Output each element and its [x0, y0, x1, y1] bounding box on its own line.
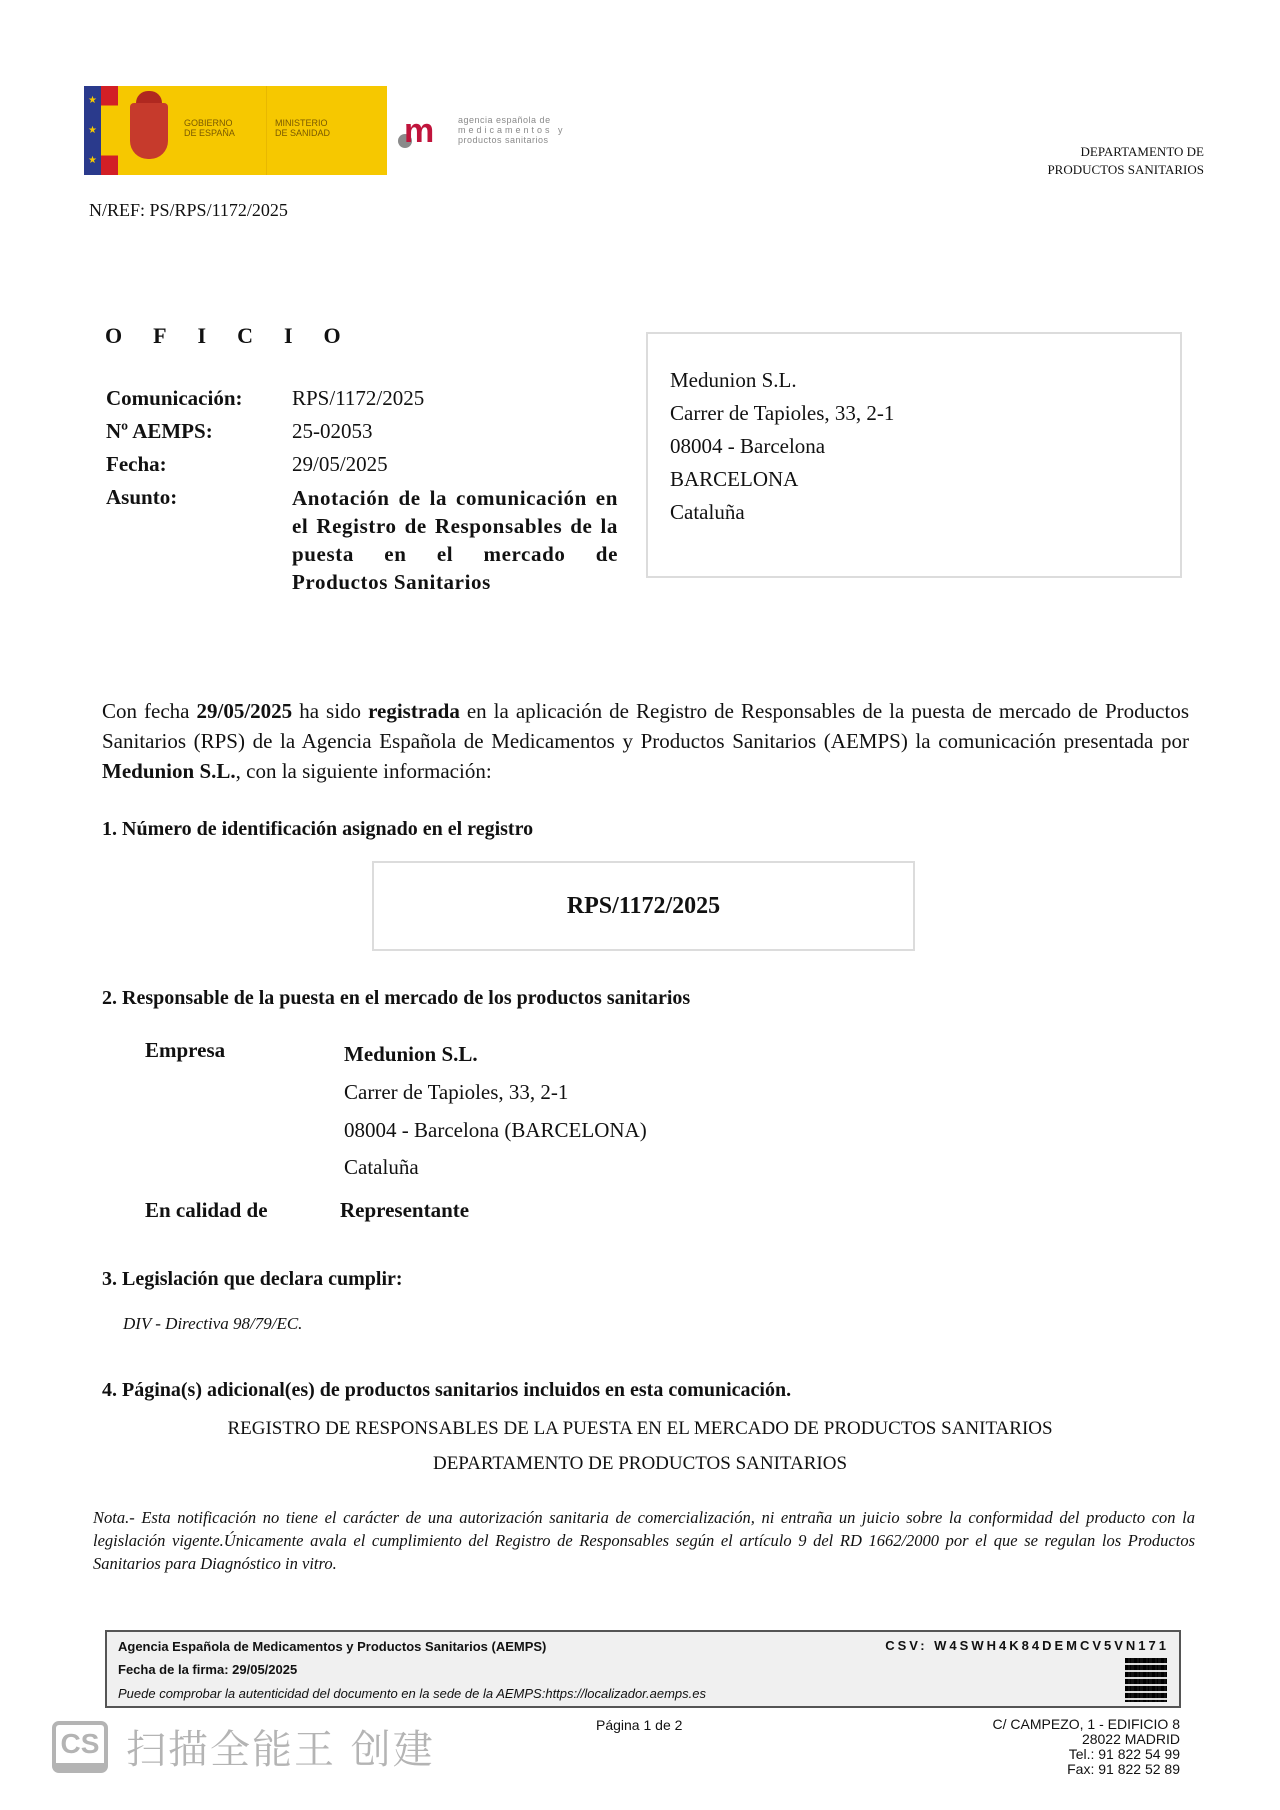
star-icon: ★ [88, 125, 97, 136]
role-label: En calidad de [145, 1198, 268, 1223]
intro-registered: registrada [368, 699, 460, 723]
star-icon: ★ [88, 95, 97, 106]
company-address-line3: Cataluña [344, 1155, 419, 1180]
intro-date: 29/05/2025 [197, 699, 293, 723]
legislation-value: DIV - Directiva 98/79/EC. [123, 1314, 302, 1334]
gobierno-de-espana-logo: ★ ★ ★ GOBIERNO DE ESPAÑA MINISTERIO DE S… [84, 86, 387, 175]
footer-address-line2: 28022 MADRID [993, 1732, 1180, 1747]
legal-note: Nota.- Esta notificación no tiene el car… [93, 1506, 1195, 1575]
company-address-line2: 08004 - Barcelona (BARCELONA) [344, 1118, 647, 1143]
section-4-title: 4. Página(s) adicional(es) de productos … [102, 1379, 791, 1402]
footer-fax: Fax: 91 822 52 89 [993, 1762, 1180, 1777]
recipient-street: Carrer de Tapioles, 33, 2-1 [670, 397, 1158, 430]
aemps-logo-text: agencia española de medicamentos y produ… [458, 115, 566, 145]
electronic-signature-box: Agencia Española de Medicamentos y Produ… [105, 1630, 1181, 1708]
communication-details: Comunicación: RPS/1172/2025 Nº AEMPS: 25… [106, 382, 618, 596]
intro-text: ha sido [292, 699, 368, 723]
datamatrix-code-icon [1125, 1658, 1167, 1702]
aemps-m: m [404, 116, 432, 146]
footer-phone: Tel.: 91 822 54 99 [993, 1747, 1180, 1762]
camscanner-logo-icon: CS [52, 1721, 108, 1773]
section-2-title: 2. Responsable de la puesta en el mercad… [102, 987, 690, 1010]
section-3-title: 3. Legislación que declara cumplir: [102, 1268, 403, 1291]
company-address-line1: Carrer de Tapioles, 33, 2-1 [344, 1080, 568, 1105]
agency-address-footer: C/ CAMPEZO, 1 - EDIFICIO 8 28022 MADRID … [993, 1717, 1180, 1777]
intro-text: Con fecha [102, 699, 197, 723]
footer-address-line1: C/ CAMPEZO, 1 - EDIFICIO 8 [993, 1717, 1180, 1732]
field-aemps-number: Nº AEMPS: 25-02053 [106, 415, 618, 448]
intro-company: Medunion S.L. [102, 759, 236, 783]
field-label: Fecha: [106, 448, 292, 481]
recipient-city: 08004 - Barcelona [670, 430, 1158, 463]
section-1-title: 1. Número de identificación asignado en … [102, 818, 533, 841]
aemps-line1: agencia española de [458, 115, 566, 125]
registry-line: REGISTRO DE RESPONSABLES DE LA PUESTA EN… [0, 1418, 1280, 1440]
aemps-logo: m agencia española de medicamentos y pro… [398, 112, 566, 148]
csv-code: CSV: W4SWH4K84DEMCV5VN171 [885, 1638, 1169, 1653]
watermark-text: 扫描全能王 创建 [126, 1718, 435, 1775]
registration-number-box: RPS/1172/2025 [372, 861, 915, 951]
field-value: 25-02053 [292, 415, 618, 448]
field-value: RPS/1172/2025 [292, 382, 618, 415]
department-line: DEPARTAMENTO DE PRODUCTOS SANITARIOS [0, 1453, 1280, 1475]
scanner-watermark: CS 扫描全能王 创建 [52, 1718, 435, 1775]
oficio-title: OFICIO [105, 323, 372, 349]
field-value: 29/05/2025 [292, 448, 618, 481]
signing-agency: Agencia Española de Medicamentos y Produ… [118, 1639, 546, 1654]
field-asunto: Asunto: Anotación de la comunicación en … [106, 481, 618, 596]
field-value: Anotación de la comunicación en el Regis… [292, 481, 618, 596]
aemps-mark-icon: m [398, 112, 454, 148]
field-fecha: Fecha: 29/05/2025 [106, 448, 618, 481]
spain-flag-icon [101, 86, 118, 175]
department-line1: DEPARTAMENTO DE [1047, 143, 1204, 161]
coat-of-arms-icon [118, 86, 180, 175]
ministry-line1: MINISTERIO [275, 118, 330, 128]
company-name: Medunion S.L. [344, 1042, 478, 1067]
recipient-address-box: Medunion S.L. Carrer de Tapioles, 33, 2-… [646, 332, 1182, 578]
signature-date: Fecha de la firma: 29/05/2025 [118, 1662, 297, 1677]
intro-paragraph: Con fecha 29/05/2025 ha sido registrada … [102, 696, 1189, 786]
verification-link[interactable]: Puede comprobar la autenticidad del docu… [118, 1686, 706, 1701]
company-label: Empresa [145, 1038, 225, 1063]
star-icon: ★ [88, 155, 97, 166]
field-label: Asunto: [106, 481, 292, 596]
department-line2: PRODUCTOS SANITARIOS [1047, 161, 1204, 179]
gov-line1: GOBIERNO [184, 118, 266, 128]
department-header: DEPARTAMENTO DE PRODUCTOS SANITARIOS [1047, 143, 1204, 179]
recipient-province: BARCELONA [670, 463, 1158, 496]
reference-number: N/REF: PS/RPS/1172/2025 [89, 200, 288, 221]
ministerio-label: MINISTERIO DE SANIDAD [267, 86, 330, 175]
ministry-line2: DE SANIDAD [275, 128, 330, 138]
eu-stars-icon: ★ ★ ★ [84, 86, 101, 175]
aemps-line2: medicamentos y [458, 125, 566, 135]
intro-text: , con la siguiente información: [236, 759, 492, 783]
aemps-line3: productos sanitarios [458, 135, 566, 145]
field-label: Nº AEMPS: [106, 415, 292, 448]
recipient-name: Medunion S.L. [670, 364, 1158, 397]
field-comunicacion: Comunicación: RPS/1172/2025 [106, 382, 618, 415]
page-number: Página 1 de 2 [596, 1717, 682, 1733]
role-value: Representante [340, 1198, 469, 1223]
recipient-region: Cataluña [670, 496, 1158, 529]
gobierno-label: GOBIERNO DE ESPAÑA [180, 86, 266, 175]
gov-line2: DE ESPAÑA [184, 128, 266, 138]
field-label: Comunicación: [106, 382, 292, 415]
